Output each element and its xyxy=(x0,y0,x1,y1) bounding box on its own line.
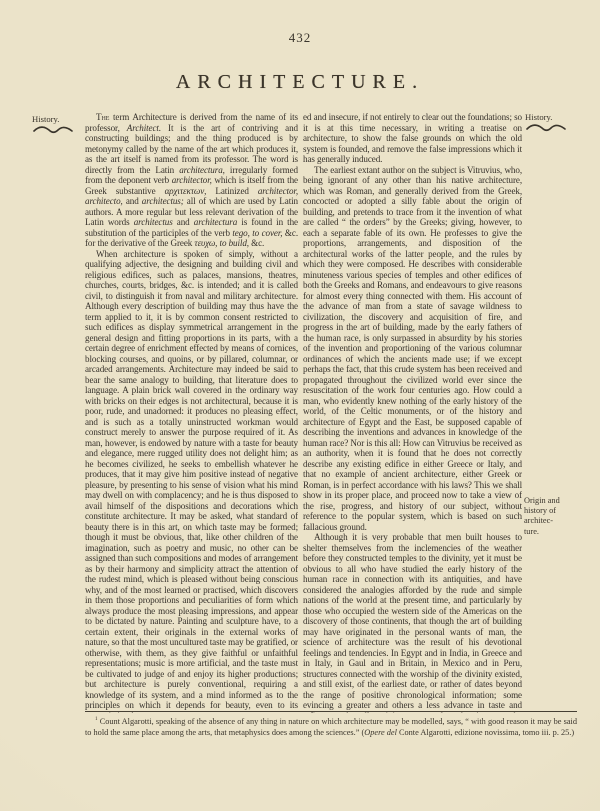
text-run: τευχω, xyxy=(194,238,217,248)
text-run: architectus xyxy=(134,217,173,227)
text-run: tego, xyxy=(232,228,249,238)
margin-note-line: ture. xyxy=(524,527,539,536)
footnote-divider xyxy=(85,711,577,712)
flourish-icon xyxy=(32,125,74,134)
margin-note-history-left: History. xyxy=(32,114,84,134)
paragraph: When architecture is spoken of simply, w… xyxy=(85,249,298,714)
text-run: architectus; xyxy=(142,196,184,206)
text-column-right: ed and insecure, if not entirely to clea… xyxy=(303,112,522,713)
margin-note-line: Origin and xyxy=(524,496,560,505)
margin-note-line: history of xyxy=(524,506,556,515)
paragraph: Although it is very probable that men bu… xyxy=(303,532,522,713)
margin-note-line: architec- xyxy=(524,516,553,525)
text-run: Opere del xyxy=(364,728,397,737)
text-run: When architecture is spoken of simply, w… xyxy=(85,249,298,714)
text-run: αρχιτεκτων, xyxy=(165,186,207,196)
margin-note-label: History. xyxy=(525,112,552,122)
text-run: The xyxy=(96,112,109,122)
footnote-text: 1 Count Algarotti, speaking of the absen… xyxy=(85,717,577,739)
page-title: ARCHITECTURE. xyxy=(0,71,600,94)
paragraph: ed and insecure, if not entirely to clea… xyxy=(303,112,522,165)
text-run: and xyxy=(123,196,142,206)
text-run: ed and insecure, if not entirely to clea… xyxy=(303,112,522,164)
margin-note-origin: Origin and history of architec- ture. xyxy=(524,496,582,537)
text-run: The earliest extant author on the subjec… xyxy=(303,165,522,532)
text-run: Although it is very probable that men bu… xyxy=(303,532,522,713)
book-page: 432 ARCHITECTURE. History. History. Orig… xyxy=(0,0,600,811)
text-run: to cover, xyxy=(252,228,282,238)
text-run: to build, xyxy=(220,238,249,248)
paragraph: The earliest extant author on the subjec… xyxy=(303,165,522,533)
text-run: &c. xyxy=(249,238,264,248)
paragraph: The term Architecture is derived from th… xyxy=(85,112,298,249)
text-run: Architect. xyxy=(127,123,161,133)
text-run: and xyxy=(173,217,194,227)
footnote: 1 Count Algarotti, speaking of the absen… xyxy=(85,717,577,739)
text-run: architectura, xyxy=(179,165,225,175)
text-column-left: The term Architecture is derived from th… xyxy=(85,112,298,713)
text-run: Conte Algarotti, edizione novissima, tom… xyxy=(397,728,574,737)
page-number: 432 xyxy=(0,30,600,46)
text-run: Latinized xyxy=(206,186,258,196)
margin-note-label: History. xyxy=(32,114,59,124)
text-run: architector, xyxy=(172,175,212,185)
margin-note-history-right: History. xyxy=(525,112,580,132)
flourish-icon xyxy=(525,123,567,132)
text-run: architectura xyxy=(194,217,237,227)
